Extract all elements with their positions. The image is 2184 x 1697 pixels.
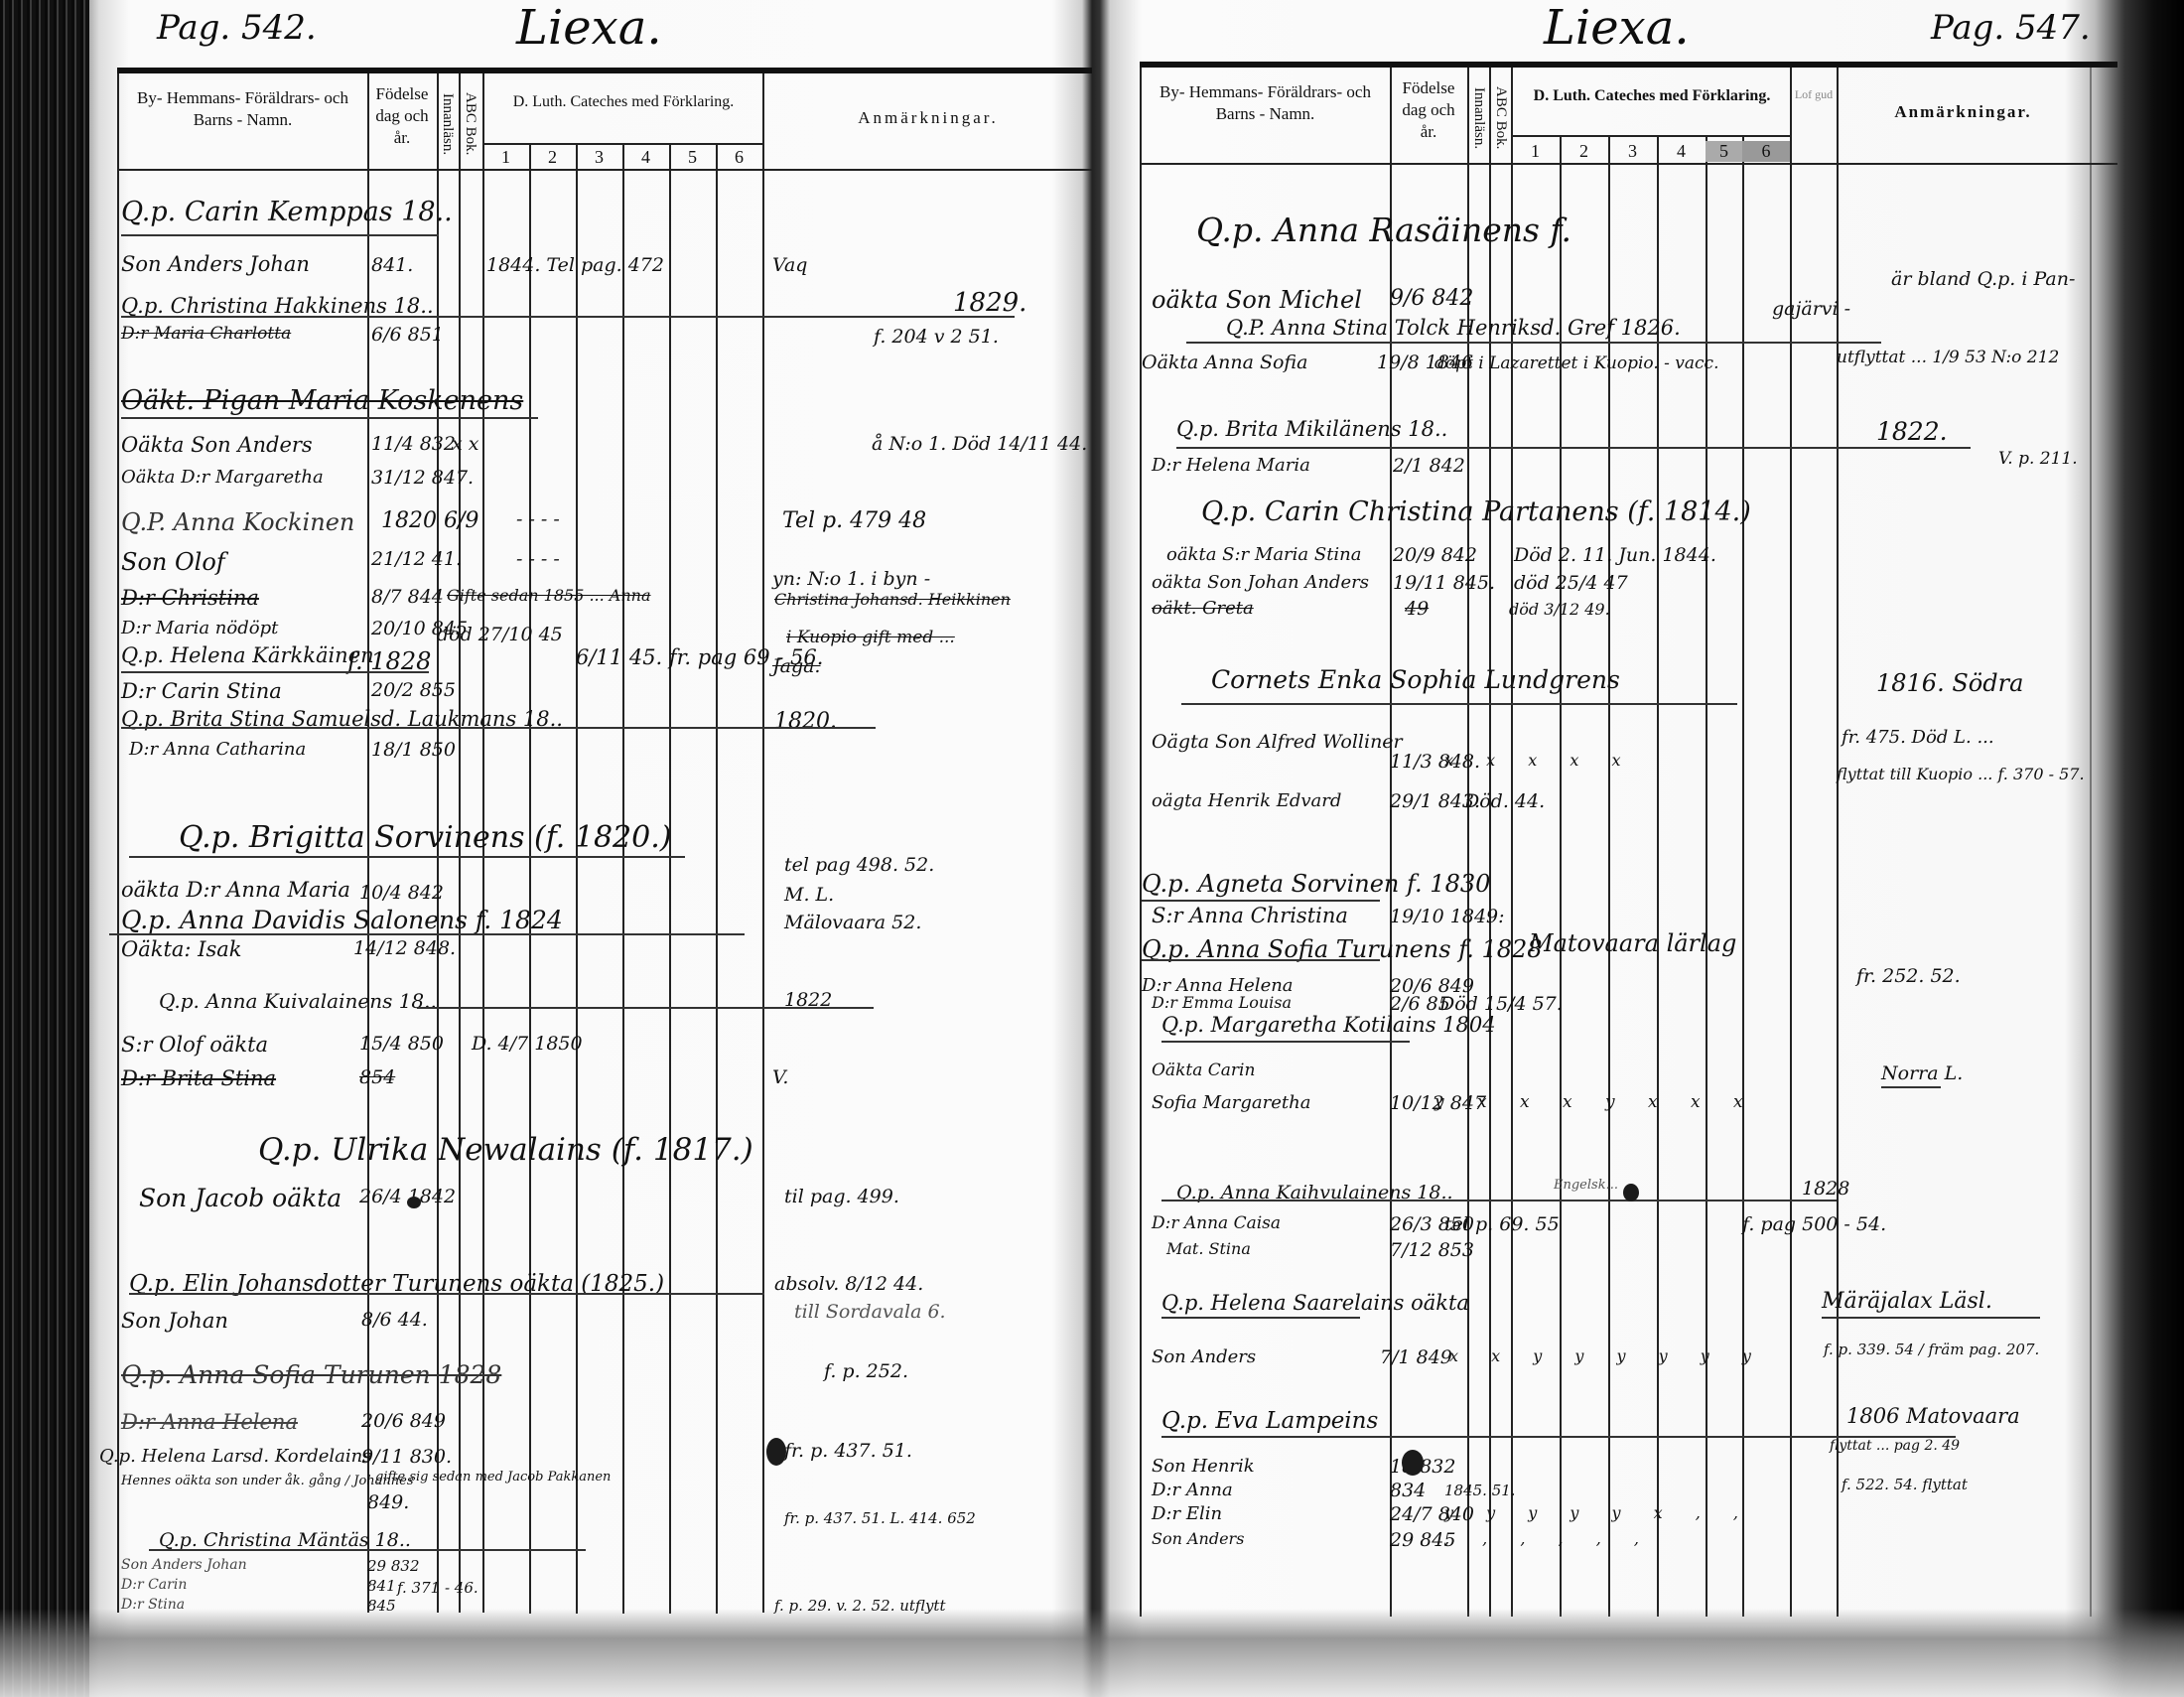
entry-name: Q.p. Christina Hakkinens 18..	[121, 294, 434, 318]
entry-heading: Q.p. Ulrika Newalains (f. 1817.)	[258, 1132, 753, 1168]
entry-underline	[1176, 447, 1971, 449]
entry-birth: 7/1 849	[1380, 1346, 1452, 1368]
header-birth: Födelse dag och år.	[369, 83, 435, 149]
entry-name: Oäkta Son Anders	[121, 433, 313, 457]
entry-birth: 10/4 842	[359, 882, 444, 904]
entry-heading: Q.p. Anna Rasäinens f.	[1196, 211, 1571, 249]
entry-note: 1806 Matovaara	[1846, 1404, 2020, 1428]
header-birth: Födelse dag och år.	[1392, 77, 1465, 143]
header-cat-5: 5	[669, 147, 716, 168]
entry-marks: döpt i Lazarettet i Kuopio. - vacc.	[1434, 354, 1719, 373]
entry-birth: 834	[1390, 1480, 1426, 1501]
entry-name: Q.P. Anna Stina Tolck Henriksd. Gref 182…	[1226, 316, 1681, 340]
entry-heading: Q.p. Christina Mäntäs 18..	[159, 1529, 411, 1551]
entry-note: f. pag 500 - 54.	[1742, 1213, 1886, 1235]
entry-name: Hennes oäkta son under åk. gång / Johann…	[121, 1474, 414, 1488]
header-extra-faint: Lof gud	[1792, 83, 1836, 105]
entry-name: D:r Carin	[121, 1577, 187, 1593]
entry-underline	[149, 1549, 586, 1551]
header-names: By- Hemmans- Föräldrars- och Barns - Nam…	[121, 87, 364, 131]
entry-catechism-marks: , , , , , ,	[1444, 1529, 1653, 1548]
entry-name: S:r Anna Christina	[1152, 904, 1348, 927]
entry-name: Mat. Stina	[1166, 1239, 1251, 1258]
entry-catechism-marks: y y y y y x , ,	[1444, 1503, 1752, 1522]
entry-name: Oäkta: Isak	[121, 937, 242, 961]
top-rule	[117, 68, 1092, 73]
frame-right	[2090, 68, 2092, 1617]
col-divider-abc	[1489, 68, 1491, 1617]
col-divider-cat-4	[622, 144, 624, 1614]
entry-underline	[1186, 342, 1881, 344]
entry-heading: Q.p. Anna Sofia Turunen 1828	[121, 1360, 501, 1389]
ink-blot	[1402, 1450, 1424, 1476]
village-title: Liexa.	[1544, 0, 1690, 56]
entry-birth: 854	[359, 1066, 395, 1088]
col-divider-cat	[1511, 68, 1513, 1617]
entry-name: oäkta Son Michel	[1152, 286, 1362, 314]
col-divider-cat-3	[576, 144, 578, 1614]
entry-name: Son Anders Johan	[121, 252, 310, 276]
entry-marks: 1845. 51.	[1444, 1482, 1516, 1499]
right-page: Liexa. Pag. 547. By- Hemmans- Föräldrars…	[1107, 0, 2110, 1628]
entry-birth: 15/4 850	[359, 1033, 444, 1055]
header-cat-2: 2	[1560, 141, 1608, 162]
entry-underline	[129, 856, 685, 858]
entry-name: D:r Carin Stina	[121, 679, 282, 703]
header-cat-1: 1	[1511, 141, 1560, 162]
entry-note: utflyttat ... 1/9 53 N:o 212	[1837, 348, 2059, 367]
entry-note: Matovaara lärlag	[1529, 929, 1736, 957]
entry-name: Oägta Son Alfred Wolliner	[1152, 731, 1403, 753]
entry-name: oäkta Son Johan Anders	[1152, 572, 1369, 593]
entry-catechism-marks: x x y y y y y y	[1449, 1346, 1765, 1365]
ink-blot	[766, 1438, 786, 1466]
entry-note: Mälovaara 52.	[784, 912, 921, 933]
entry-note: 1822.	[1876, 417, 1948, 446]
entry-marks: tel p. 69. 55	[1444, 1213, 1560, 1235]
entry-birth: 31/12 847.	[371, 467, 474, 489]
header-names: By- Hemmans- Föräldrars- och Barns - Nam…	[1144, 81, 1387, 125]
entry-note: V. p. 211.	[1998, 449, 2078, 469]
entry-marks: Död. 44.	[1464, 790, 1545, 812]
ink-blot	[1623, 1184, 1639, 1202]
header-inner-reading: Innanläsn.	[439, 81, 457, 167]
entry-catechism-marks: y x x x y x x x	[1434, 1092, 1757, 1112]
entry-birth: 20/6 849	[361, 1410, 446, 1432]
cat-sub-rule	[482, 143, 762, 145]
entry-heading: Q.p. Carin Kemppas 18..	[121, 197, 453, 227]
entry-note: til pag. 499.	[784, 1186, 899, 1207]
entry-birth: 8/6 44.	[361, 1309, 428, 1331]
header-cat-2: 2	[529, 147, 576, 168]
entry-name: D:r Emma Louisa	[1152, 993, 1292, 1012]
page-number-label: Pag. 542.	[157, 8, 317, 48]
entry-note: absolv. 8/12 44.	[774, 1273, 923, 1295]
entry-birth: 6/6 851	[371, 324, 444, 346]
entry-underline	[1881, 1086, 1941, 1088]
entry-underline	[121, 671, 429, 673]
entry-birth: 841	[367, 1577, 396, 1595]
entry-name: D:r Anna	[1152, 1480, 1233, 1500]
entry-underline	[121, 727, 876, 729]
header-remarks: Anmärkningar.	[1842, 101, 2085, 123]
entry-birth: 49	[1405, 598, 1429, 620]
entry-name: Q.p. Anna Davidis Salonens f. 1824	[121, 906, 563, 934]
entry-note: Jaga.	[772, 655, 820, 677]
entry-birth: 20/9 842	[1393, 544, 1477, 566]
entry-underline	[1161, 1041, 1410, 1043]
entry-name: D:r Anna Caisa	[1152, 1213, 1281, 1233]
entry-birth: 1820 6/9	[381, 508, 478, 533]
entry-underline	[121, 417, 538, 419]
entry-birth: 14/12 848.	[353, 937, 456, 959]
entry-note: M. L.	[784, 884, 834, 906]
frame-left	[1140, 68, 1142, 1617]
entry-note: fr. p. 437. 51.	[784, 1440, 912, 1462]
entry-name: D:r Anna Catharina	[129, 739, 306, 760]
entry-marks: 1844. Tel pag. 472	[486, 254, 664, 276]
entry-underline	[1181, 703, 1737, 705]
header-bottom-rule	[1140, 163, 2117, 165]
header-remarks: Anmärkningar.	[774, 107, 1082, 129]
entry-name: Q.P. Anna Kockinen	[121, 508, 354, 536]
entry-birth: 11/4 832	[371, 433, 456, 455]
entry-name: D:r Anna Helena	[121, 1410, 298, 1434]
entry-name: Oäkta D:r Margaretha	[121, 467, 324, 488]
entry-name: D:r Maria nödöpt	[121, 618, 278, 638]
entry-note: yn: N:o 1. i byn -	[772, 568, 930, 590]
header-cat-5: 5	[1706, 141, 1742, 162]
entry-underline	[129, 1293, 764, 1295]
entry-note: Vaq	[772, 254, 807, 276]
entry-note: Tel p. 479 48	[782, 508, 926, 533]
entry-name: D:r Elin	[1152, 1503, 1222, 1524]
entry-name: Q.p. Helena Kärkkäinen	[121, 643, 374, 667]
entry-name: Son Anders Johan	[121, 1557, 247, 1573]
entry-marks: x x	[452, 433, 478, 455]
entry-underline	[1161, 1317, 1360, 1319]
entry-marks: Engelsk...	[1554, 1178, 1618, 1193]
entry-heading: Q.p. Carin Christina Partanens (f. 1814.…	[1201, 496, 1751, 527]
entry-underline	[121, 234, 439, 236]
entry-note: Christina Johansd. Heikkinen	[774, 590, 1011, 609]
header-inner-reading: Innanläsn.	[1470, 75, 1488, 161]
entry-marks: f. 371 - 46.	[397, 1579, 478, 1597]
entry-note: flyttat till Kuopio ... f. 370 - 57.	[1837, 765, 2085, 783]
entry-name: Son Olof	[121, 548, 225, 576]
entry-birth: 841.	[371, 254, 413, 276]
entry-birth: 19/11 845.	[1393, 572, 1495, 594]
header-cat-1: 1	[482, 147, 529, 168]
left-page: Pag. 542. Liexa. By- Hemmans- Föräldrars…	[99, 0, 1092, 1628]
entry-birth: 19/10 1849:	[1390, 906, 1505, 927]
col-divider-cat-2	[529, 144, 531, 1614]
entry-catechism-marks: x x x x x	[1444, 751, 1634, 770]
col-divider-remarks	[762, 73, 764, 1613]
entry-note: f. p. 339. 54 / främ pag. 207.	[1824, 1341, 2039, 1358]
entry-note: är bland Q.p. i Pan-	[1891, 268, 2075, 290]
entry-note: gajärvi -	[1772, 298, 1850, 320]
entry-note: tel pag 498. 52.	[784, 854, 934, 876]
entry-birth: 2/1 842	[1393, 455, 1465, 477]
entry-heading: Q.p. Eva Lampeins	[1161, 1408, 1378, 1434]
entry-underline	[109, 933, 745, 935]
entry-marks: död 25/4 47	[1514, 572, 1628, 594]
header-cat-6: 6	[1742, 141, 1790, 162]
book-binding-edge	[0, 0, 89, 1697]
entry-heading: Q.p. Agneta Sorvinen f. 1830	[1142, 870, 1490, 898]
col-divider-cat-6	[1742, 137, 1744, 1617]
entry-note: i Kuopio gift med ...	[786, 628, 955, 647]
entry-name: D:r Brita Stina	[121, 1066, 276, 1090]
entry-name: oägta Henrik Edvard	[1152, 790, 1341, 811]
header-bottom-rule	[117, 169, 1092, 171]
header-cat-3: 3	[576, 147, 622, 168]
entry-marks: Död 15/4 57.	[1439, 993, 1563, 1015]
entry-birth: 29 832	[367, 1557, 420, 1575]
entry-name: Son Johan	[121, 1309, 228, 1333]
ink-blot	[407, 1197, 421, 1208]
header-cat-6: 6	[716, 147, 762, 168]
entry-underline	[1822, 1317, 2040, 1319]
header-abc-book: ABC Bok.	[1492, 75, 1510, 161]
entry-heading: Cornets Enka Sophia Lundgrens	[1211, 665, 1620, 694]
entry-name: oäkta S:r Maria Stina	[1166, 544, 1362, 565]
header-catechism: D. Luth. Cateches med Förklaring.	[484, 91, 762, 113]
entry-name: Q.p. Anna Kuivalainens 18..	[159, 989, 437, 1013]
entry-marks: död 27/10 45	[437, 624, 563, 645]
cat-sub-rule	[1511, 135, 1790, 137]
entry-underline	[1142, 959, 1380, 961]
entry-name: oäkt. Greta	[1152, 598, 1254, 619]
entry-note: Norra L.	[1881, 1062, 1963, 1084]
entry-note: 1820.	[774, 709, 837, 734]
entry-name: Oäkta Carin	[1152, 1061, 1255, 1080]
header-cat-4: 4	[622, 147, 669, 168]
entry-heading: Q.p. Helena Saarelains oäkta	[1161, 1291, 1469, 1315]
entry-name: D:r Helena Maria	[1152, 455, 1310, 476]
entry-note: 1829.	[953, 288, 1026, 318]
entry-birth: 9/6 842	[1390, 286, 1473, 311]
entry-note: f. p. 252.	[824, 1360, 908, 1382]
village-title: Liexa.	[516, 0, 662, 56]
entry-note: fr. 475. Död L. ...	[1842, 727, 1994, 748]
entry-underline	[121, 316, 1015, 318]
entry-heading: Oäkt. Pigan Maria Koskenens	[121, 385, 523, 416]
entry-name: Sofia Margaretha	[1152, 1092, 1310, 1113]
entry-marks: D. 4/7 1850	[472, 1033, 583, 1055]
entry-name: D:r Christina	[121, 586, 259, 610]
header-cat-3: 3	[1608, 141, 1657, 162]
header-cat-4: 4	[1657, 141, 1706, 162]
entry-underline	[417, 1007, 874, 1009]
col-divider-cat-6	[716, 144, 718, 1614]
entry-marks: Gifte sedan 1855 ... Anna	[447, 586, 651, 605]
entry-note: f. 522. 54. flyttat	[1842, 1476, 1968, 1493]
entry-note: till Sordavala 6.	[794, 1301, 946, 1323]
entry-birth: 21/12 41.	[371, 548, 462, 570]
entry-note: fr. 252. 52.	[1856, 965, 1961, 987]
entry-underline	[1161, 1200, 1837, 1202]
entry-marks: - - - -	[516, 548, 560, 570]
entry-note: å N:o 1. Död 14/11 44.	[872, 433, 1087, 455]
entry-underline	[1142, 900, 1380, 902]
entry-name: Q.p. Helena Larsd. Kordelains	[99, 1446, 372, 1467]
entry-marks: död 3/12 49.	[1509, 600, 1610, 619]
entry-note: V.	[772, 1066, 788, 1088]
entry-birth: 20/2 855	[371, 679, 456, 701]
entry-note: Märäjalax Läsl.	[1822, 1289, 1992, 1314]
entry-heading: Q.p. Brita Mikilänens 18..	[1176, 417, 1447, 441]
entry-heading: Q.p. Brigitta Sorvinens (f. 1820.)	[179, 820, 671, 855]
col-divider-cat-5	[669, 144, 671, 1614]
entry-marks: gifte sig sedan med Jacob Pakkanen	[375, 1470, 611, 1485]
entry-note: 1828	[1802, 1178, 1849, 1200]
header-catechism: D. Luth. Cateches med Förklaring.	[1513, 85, 1791, 107]
entry-note: f. 204 v 2 51.	[874, 326, 999, 348]
entry-name: Son Anders	[1152, 1529, 1244, 1548]
entry-name: Son Henrik	[1152, 1456, 1255, 1477]
entry-heading: Q.p. Margaretha Kotilains 1804	[1161, 1013, 1496, 1037]
entry-birth: 7/12 853	[1390, 1239, 1474, 1261]
entry-note: 1816. Södra	[1876, 669, 2023, 697]
entry-birth: 849.	[367, 1491, 409, 1513]
entry-name: Oäkta Anna Sofia	[1142, 352, 1307, 373]
entry-birth: 9/11 830.	[361, 1446, 452, 1468]
top-rule	[1140, 62, 2117, 68]
entry-birth: 8/7 844	[371, 586, 444, 608]
entry-name: D:r Maria Charlotta	[121, 324, 291, 344]
page-bottom-shadow	[0, 1609, 2184, 1697]
header-abc-book: ABC Bok.	[462, 81, 479, 167]
entry-note: fr. p. 437. 51. L. 414. 652	[784, 1509, 976, 1527]
entry-marks: Död 2. 11. Jun. 1844.	[1514, 544, 1716, 566]
frame-left	[117, 73, 119, 1613]
entry-name: Son Anders	[1152, 1346, 1256, 1367]
entry-name: Son Jacob oäkta	[139, 1184, 341, 1212]
entry-marks: - - - -	[516, 508, 560, 530]
entry-name: oäkta D:r Anna Maria	[121, 878, 350, 902]
page-number-label: Pag. 547.	[1931, 8, 2091, 48]
entry-name: S:r Olof oäkta	[121, 1033, 268, 1057]
entry-note: flyttat ... pag 2. 49	[1830, 1438, 1960, 1454]
entry-birth: 18/1 850	[371, 739, 456, 761]
